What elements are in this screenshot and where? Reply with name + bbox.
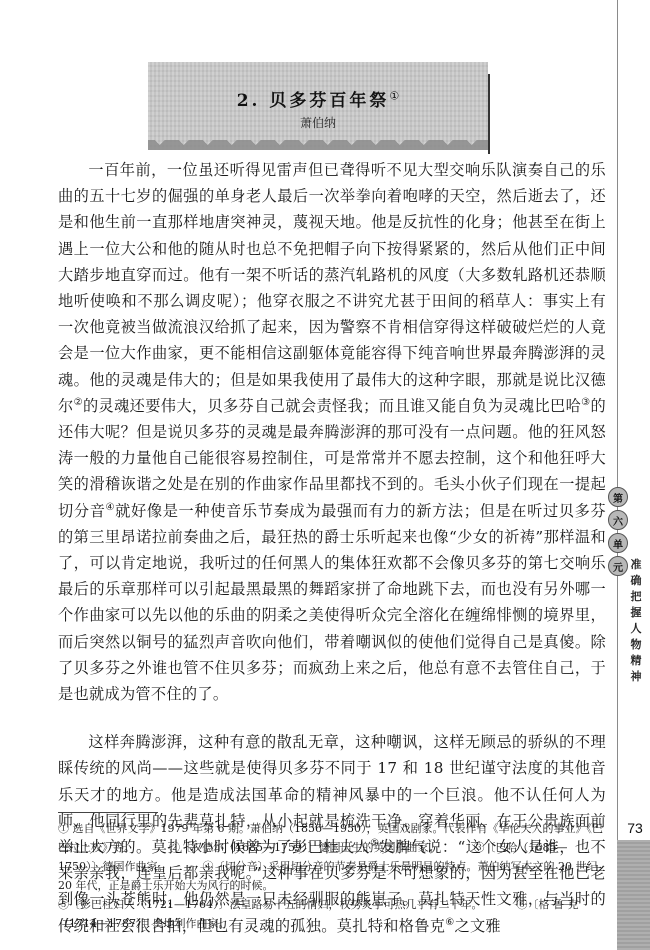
text-segment: 的灵魂还要伟大，贝多芬自己就会责怪我；而且谁又能自负为灵魂比巴哈 [83, 397, 581, 415]
footnote-2: ②〔汉德尔（1685—1759）〕德国出生的英国作曲家。 [169, 841, 440, 854]
footnote-marker: ⑥ [517, 898, 528, 911]
unit-subtitle: 准确把握人物精神 [629, 557, 643, 685]
footnote-marker: ② [169, 841, 180, 854]
footnote-divider [58, 812, 158, 813]
author-name: 萧伯纳 [148, 114, 488, 131]
unit-tab: 第 六 单 元 [607, 487, 629, 576]
title-footnote-marker[interactable]: ① [389, 89, 399, 102]
zigzag-border-decoration [148, 140, 488, 150]
banner-edge-decoration [488, 74, 490, 154]
footnote-5: ⑤〔彭巴杜妇人（1721—1764）〕法皇路易十五的情妇，权势炙手可热几乎有二十… [58, 898, 483, 911]
footnote-text: 〔汉德尔（1685—1759）〕德国出生的英国作曲家。 [180, 841, 440, 854]
footnote-text: 〔彭巴杜妇人（1721—1764）〕法皇路易十五的情妇，权势炙手可热几乎有二十年… [69, 898, 483, 911]
paragraph-1: 一百年前，一位虽还听得见雷声但已聋得听不见大型交响乐队演奏自己的乐曲的五十七岁的… [58, 157, 606, 707]
text-segment: 一百年前，一位虽还听得见雷声但已聋得听不见大型交响乐队演奏自己的乐曲的五十七岁的… [58, 161, 606, 415]
title-text: 2. 贝多芬百年祭 [237, 91, 390, 111]
title-banner: 2. 贝多芬百年祭① 萧伯纳 [148, 62, 488, 150]
unit-char-circle: 元 [608, 556, 628, 576]
footnote-ref-3[interactable]: ③ [581, 397, 590, 408]
text-segment: 就好像是一种使音乐节奏成为最强而有力的新方法；但是在听过贝多芬的第三里昂诺拉前奏… [58, 502, 606, 703]
unit-char-circle: 第 [608, 487, 628, 507]
footnote-marker: ⑤ [58, 898, 69, 911]
page-margin-rule [617, 0, 618, 950]
footnote-ref-2[interactable]: ② [74, 397, 83, 408]
footnote-marker: ③ [474, 841, 485, 854]
unit-char-circle: 六 [608, 510, 628, 530]
footnote-ref-4[interactable]: ④ [106, 502, 116, 513]
article-title: 2. 贝多芬百年祭① [148, 86, 488, 111]
footnote-marker: ④ [203, 860, 214, 873]
footnote-marker: ① [58, 822, 69, 835]
footnotes: ① 选自《世界文学》1979 年第 6 期。萧伯纳（1856—1950），英国戏… [58, 819, 606, 933]
unit-char-circle: 单 [608, 533, 628, 553]
page-edge-tab [617, 840, 650, 950]
page-number: 73 [620, 820, 650, 836]
